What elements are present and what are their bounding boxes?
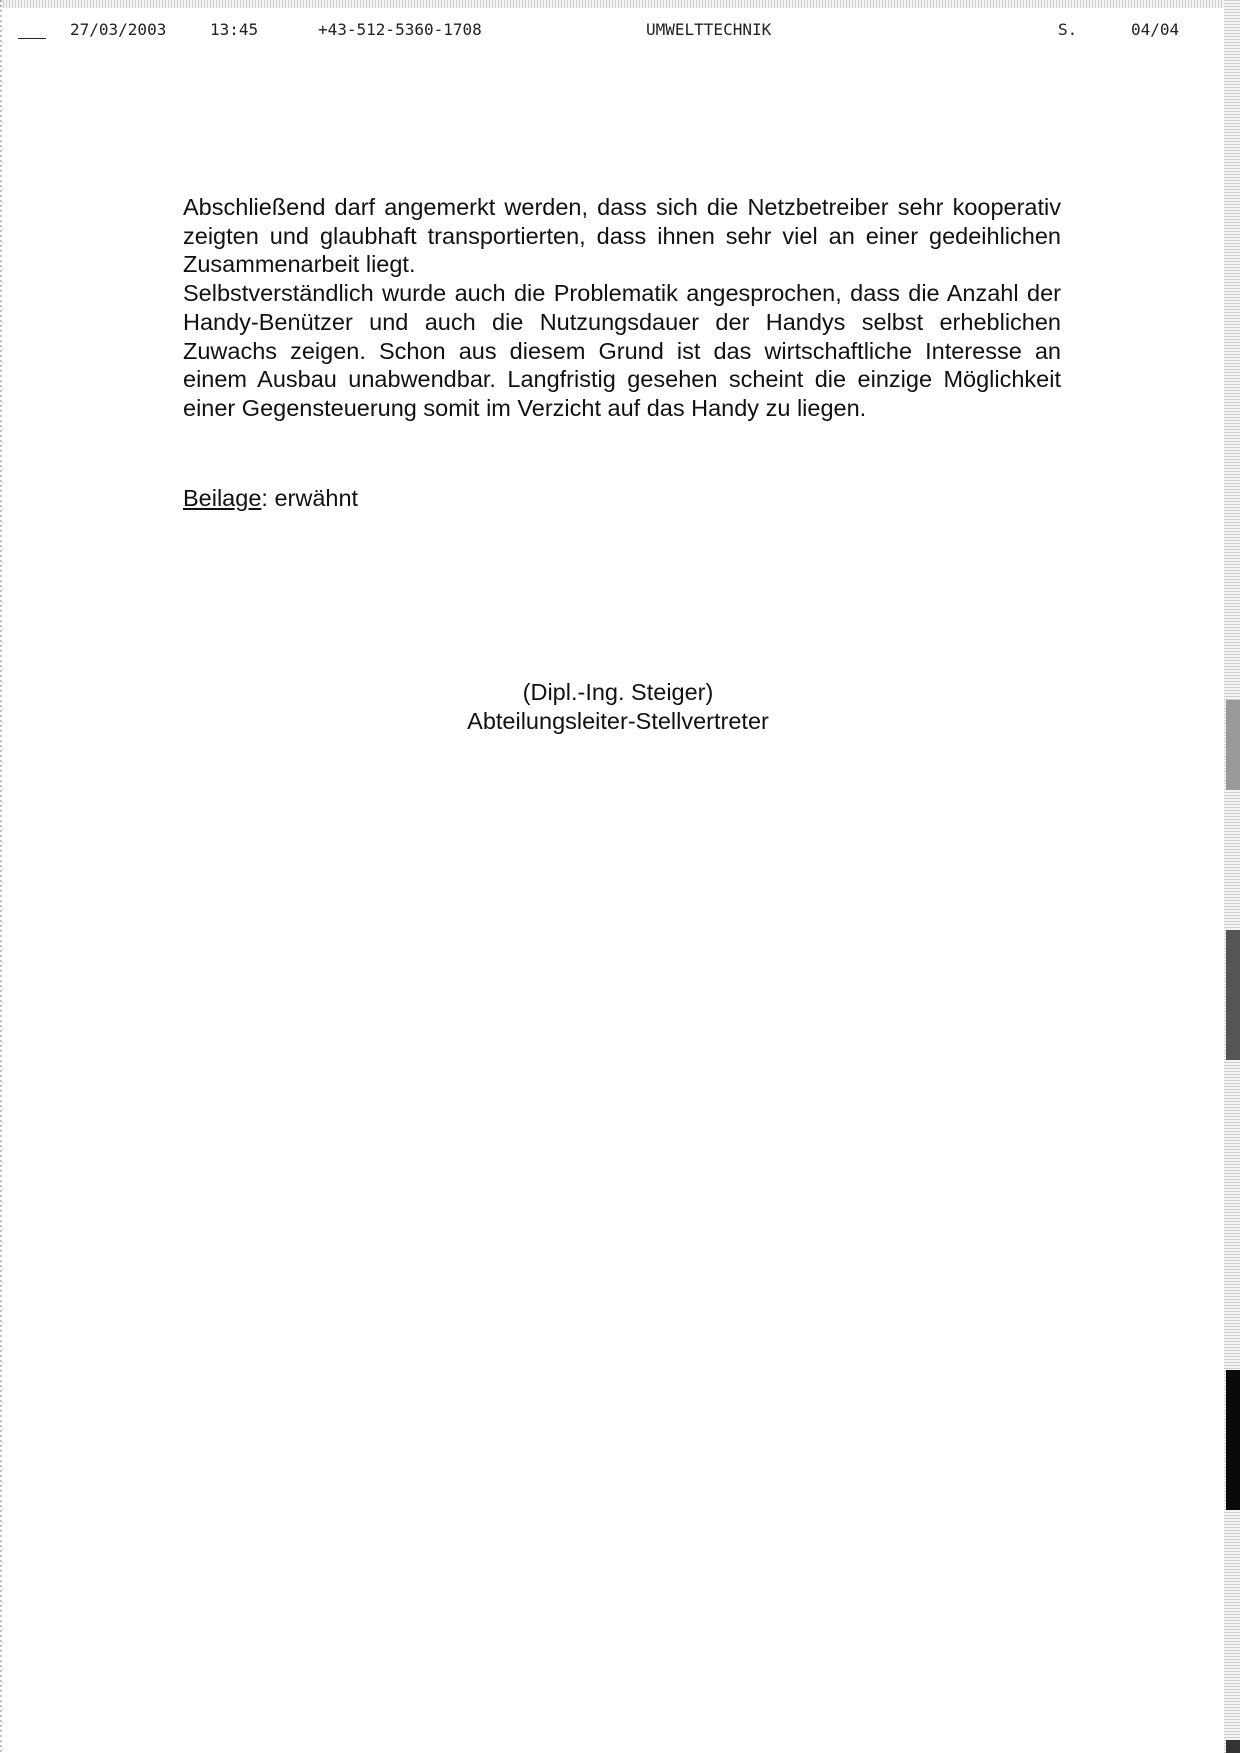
enclosure-value: erwähnt	[268, 485, 358, 511]
paragraph-closing-remark: Abschließend darf angemerkt werden, dass…	[183, 193, 1061, 279]
scan-artifact-top	[0, 0, 1240, 8]
enclosure-line: Beilage: erwähnt	[183, 485, 358, 512]
fax-number: +43-512-5360-1708	[318, 20, 482, 39]
fax-page-label: S.	[1058, 20, 1077, 39]
fax-time: 13:45	[210, 20, 258, 39]
fax-sender: UMWELTTECHNIK	[646, 20, 771, 39]
scan-artifact-right	[1224, 0, 1240, 1753]
signatory-name: (Dipl.-Ing. Steiger)	[0, 678, 1236, 707]
fax-date: 27/03/2003	[70, 20, 166, 39]
enclosure-label: Beilage	[183, 485, 261, 511]
letter-body: Abschließend darf angemerkt werden, dass…	[183, 193, 1061, 423]
fax-header: 27/03/2003 13:45 +43-512-5360-1708 UMWEL…	[0, 20, 1240, 44]
signatory-title: Abteilungsleiter-Stellvertreter	[0, 707, 1236, 736]
scan-artifact-left	[0, 0, 2, 1753]
fax-page-number: 04/04	[1131, 20, 1179, 39]
signature-block: (Dipl.-Ing. Steiger) Abteilungsleiter-St…	[0, 678, 1236, 736]
paragraph-problem: Selbstverständlich wurde auch die Proble…	[183, 279, 1061, 423]
header-dash	[18, 38, 46, 39]
